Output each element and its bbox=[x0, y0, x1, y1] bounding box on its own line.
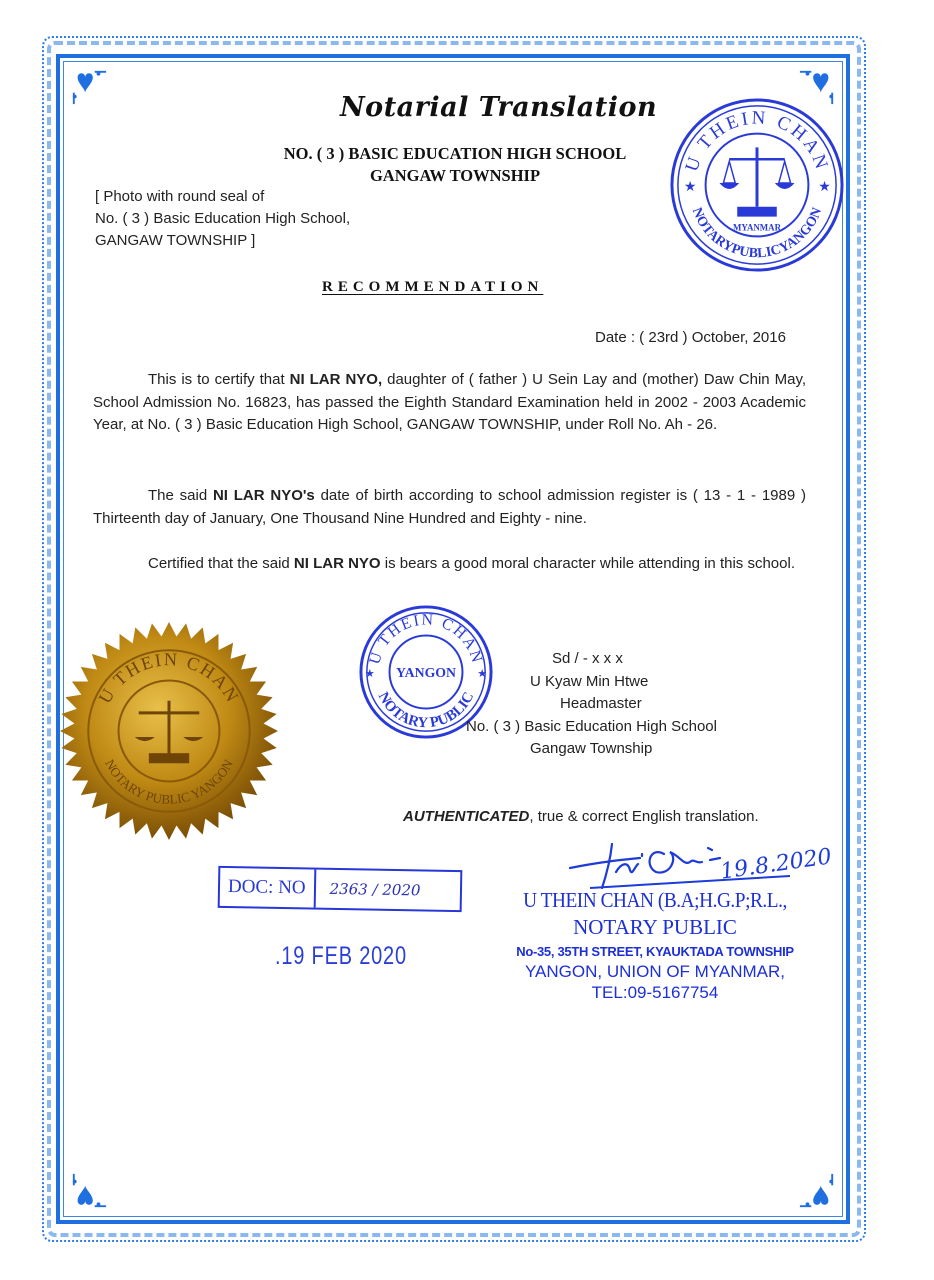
school-heading: NO. ( 3 ) BASIC EDUCATION HIGH SCHOOL GA… bbox=[255, 143, 655, 187]
document-title: Notarial Translation bbox=[340, 92, 657, 123]
authentication-line: AUTHENTICATED, true & correct English tr… bbox=[403, 808, 759, 825]
svg-text:★: ★ bbox=[477, 668, 487, 680]
student-name: NI LAR NYO bbox=[294, 555, 381, 572]
school-heading-line-1: NO. ( 3 ) BASIC EDUCATION HIGH SCHOOL bbox=[255, 143, 655, 165]
notary-address: No-35, 35TH STREET, KYAUKTADA TOWNSHIP bbox=[490, 944, 820, 959]
notary-seal-top: U THEIN CHAN NOTARYPUBLICYANGON ★ ★ MYAN… bbox=[668, 96, 846, 274]
document-date: Date : ( 23rd ) October, 2016 bbox=[595, 329, 786, 346]
photo-note-line: No. ( 3 ) Basic Education High School, bbox=[95, 208, 350, 230]
notary-name: U THEIN CHAN (B.A;H.G.P;R.L., bbox=[503, 888, 807, 913]
signer-role: Headmaster bbox=[530, 693, 717, 716]
authentication-text: , true & correct English translation. bbox=[529, 808, 758, 825]
school-heading-line-2: GANGAW TOWNSHIP bbox=[255, 165, 655, 187]
student-name: NI LAR NYO's bbox=[213, 487, 315, 504]
paragraph-certify: This is to certify that NI LAR NYO, daug… bbox=[93, 369, 806, 437]
corner-heart-ornament-icon bbox=[798, 1172, 836, 1210]
paragraph-text: The said bbox=[148, 487, 213, 504]
signer-name: U Kyaw Min Htwe bbox=[530, 671, 717, 694]
authenticated-label: AUTHENTICATED bbox=[403, 808, 529, 825]
gold-notary-seal: U THEIN CHAN NOTARY PUBLIC YANGON bbox=[58, 620, 280, 842]
notary-city: YANGON, UNION OF MYANMAR, bbox=[490, 962, 820, 982]
photo-note-line: [ Photo with round seal of bbox=[95, 186, 350, 208]
signer-township: Gangaw Township bbox=[530, 738, 717, 761]
doc-number-label: DOC: NO bbox=[220, 868, 316, 908]
section-title: RECOMMENDATION bbox=[322, 279, 543, 296]
corner-heart-ornament-icon bbox=[70, 68, 108, 106]
corner-heart-ornament-icon bbox=[70, 1172, 108, 1210]
notary-phone: TEL:09-5167754 bbox=[490, 983, 820, 1003]
paragraph-text: Certified that the said bbox=[148, 555, 294, 572]
svg-text:U THEIN CHAN: U THEIN CHAN bbox=[366, 611, 486, 666]
notary-title: NOTARY PUBLIC bbox=[490, 915, 820, 940]
paragraph-text: This is to certify that bbox=[148, 371, 290, 388]
student-name: NI LAR NYO, bbox=[290, 371, 382, 388]
photo-note-line: GANGAW TOWNSHIP ] bbox=[95, 230, 350, 252]
document-number-stamp: DOC: NO 2363 / 2020 bbox=[218, 866, 463, 912]
signed-mark: Sd / - x x x bbox=[530, 648, 717, 671]
svg-text:YANGON: YANGON bbox=[396, 665, 456, 680]
paragraph-text: is bears a good moral character while at… bbox=[381, 555, 795, 572]
paragraph-character: Certified that the said NI LAR NYO is be… bbox=[93, 553, 806, 576]
svg-text:MYANMAR: MYANMAR bbox=[733, 222, 782, 232]
svg-text:★: ★ bbox=[684, 179, 696, 194]
signer-block: Sd / - x x x U Kyaw Min Htwe Headmaster … bbox=[530, 648, 717, 761]
stamp-date: .19 FEB 2020 bbox=[275, 942, 407, 971]
notary-stamp-block: U THEIN CHAN (B.A;H.G.P;R.L., NOTARY PUB… bbox=[490, 888, 820, 1003]
paragraph-birth-date: The said NI LAR NYO's date of birth acco… bbox=[93, 485, 806, 530]
svg-text:★: ★ bbox=[818, 179, 830, 194]
signer-school: No. ( 3 ) Basic Education High School bbox=[466, 716, 717, 739]
svg-text:★: ★ bbox=[365, 668, 375, 680]
doc-number-value: 2363 / 2020 bbox=[315, 880, 420, 900]
photo-note: [ Photo with round seal of No. ( 3 ) Bas… bbox=[95, 186, 350, 252]
